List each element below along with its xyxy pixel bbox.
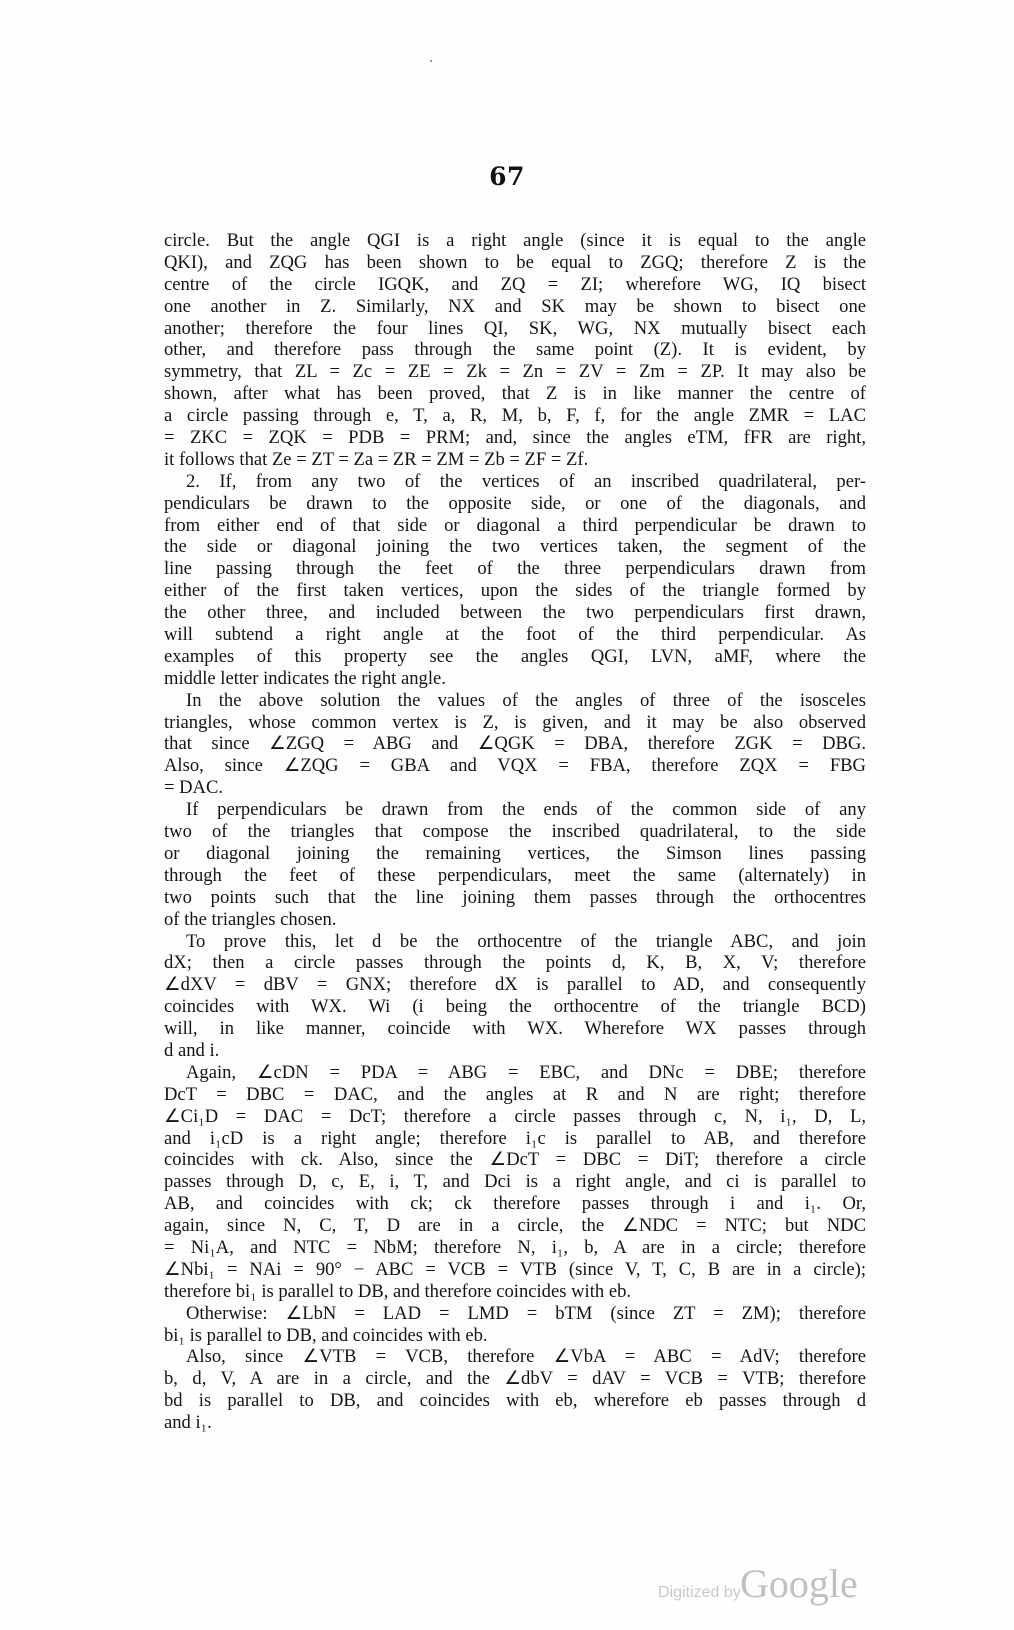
google-logo-text: Google — [740, 1560, 858, 1607]
text-line: d and i. — [164, 1040, 866, 1062]
text-line: = DAC. — [164, 777, 866, 799]
text-line: Also, since ∠VTB = VCB, therefore ∠VbA =… — [164, 1346, 866, 1368]
text-line: of the triangles chosen. — [164, 909, 866, 931]
text-line: = ZKC = ZQK = PDB = PRM; and, since the … — [164, 427, 866, 449]
page-body-text: circle. But the angle QGI is a right ang… — [164, 230, 866, 1434]
text-line: ∠Nbi₁ = NAi = 90° − ABC = VCB = VTB (sin… — [164, 1259, 866, 1281]
text-line: To prove this, let d be the orthocentre … — [164, 931, 866, 953]
text-line: In the above solution the values of the … — [164, 690, 866, 712]
text-line: that since ∠ZGQ = ABG and ∠QGK = DBA, th… — [164, 733, 866, 755]
text-line: passes through D, c, E, i, T, and Dci is… — [164, 1171, 866, 1193]
scan-speck — [430, 60, 432, 62]
text-line: Also, since ∠ZQG = GBA and VQX = FBA, th… — [164, 755, 866, 777]
text-line: Again, ∠cDN = PDA = ABG = EBC, and DNc =… — [164, 1062, 866, 1084]
digitized-by-google-watermark: Digitized by Google — [658, 1560, 888, 1610]
text-line: and i₁. — [164, 1412, 866, 1434]
text-line: bi₁ is parallel to DB, and coincides wit… — [164, 1325, 866, 1347]
text-line: ∠Ci₁D = DAC = DcT; therefore a circle pa… — [164, 1106, 866, 1128]
text-line: 2. If, from any two of the vertices of a… — [164, 471, 866, 493]
text-line: b, d, V, A are in a circle, and the ∠dbV… — [164, 1368, 866, 1390]
text-line: shown, after what has been proved, that … — [164, 383, 866, 405]
text-line: and i₁cD is a right angle; therefore i₁c… — [164, 1128, 866, 1150]
text-line: either of the first taken vertices, upon… — [164, 580, 866, 602]
text-line: it follows that Ze = ZT = Za = ZR = ZM =… — [164, 449, 866, 471]
text-line: DcT = DBC = DAC, and the angles at R and… — [164, 1084, 866, 1106]
text-line: middle letter indicates the right angle. — [164, 668, 866, 690]
scanned-book-page: 67 circle. But the angle QGI is a right … — [0, 0, 1014, 1630]
text-line: QKI), and ZQG has been shown to be equal… — [164, 252, 866, 274]
text-line: ∠dXV = dBV = GNX; therefore dX is parall… — [164, 974, 866, 996]
text-line: other, and therefore pass through the sa… — [164, 339, 866, 361]
text-line: triangles, whose common vertex is Z, is … — [164, 712, 866, 734]
text-line: one another in Z. Similarly, NX and SK m… — [164, 296, 866, 318]
text-line: coincides with WX. Wi (i being the ortho… — [164, 996, 866, 1018]
text-line: through the feet of these perpendiculars… — [164, 865, 866, 887]
text-line: again, since N, C, T, D are in a circle,… — [164, 1215, 866, 1237]
text-line: Otherwise: ∠LbN = LAD = LMD = bTM (since… — [164, 1303, 866, 1325]
text-line: or diagonal joining the remaining vertic… — [164, 843, 866, 865]
text-line: therefore bi₁ is parallel to DB, and the… — [164, 1281, 866, 1303]
text-line: line passing through the feet of the thr… — [164, 558, 866, 580]
text-line: from either end of that side or diagonal… — [164, 515, 866, 537]
text-line: pendiculars be drawn to the opposite sid… — [164, 493, 866, 515]
text-line: centre of the circle IGQK, and ZQ = ZI; … — [164, 274, 866, 296]
text-line: a circle passing through e, T, a, R, M, … — [164, 405, 866, 427]
text-line: If perpendiculars be drawn from the ends… — [164, 799, 866, 821]
text-line: AB, and coincides with ck; ck therefore … — [164, 1193, 866, 1215]
text-line: dX; then a circle passes through the poi… — [164, 952, 866, 974]
text-line: another; therefore the four lines QI, SK… — [164, 318, 866, 340]
text-line: the other three, and included between th… — [164, 602, 866, 624]
text-line: = Ni₁A, and NTC = NbM; therefore N, i₁, … — [164, 1237, 866, 1259]
page-number: 67 — [0, 162, 1014, 191]
text-line: bd is parallel to DB, and coincides with… — [164, 1390, 866, 1412]
text-line: will subtend a right angle at the foot o… — [164, 624, 866, 646]
watermark-prefix: Digitized by — [658, 1584, 741, 1602]
text-line: symmetry, that ZL = Zc = ZE = Zk = Zn = … — [164, 361, 866, 383]
text-line: coincides with ck. Also, since the ∠DcT … — [164, 1149, 866, 1171]
text-line: will, in like manner, coincide with WX. … — [164, 1018, 866, 1040]
text-line: two points such that the line joining th… — [164, 887, 866, 909]
text-line: the side or diagonal joining the two ver… — [164, 536, 866, 558]
text-line: two of the triangles that compose the in… — [164, 821, 866, 843]
text-line: circle. But the angle QGI is a right ang… — [164, 230, 866, 252]
text-line: examples of this property see the angles… — [164, 646, 866, 668]
